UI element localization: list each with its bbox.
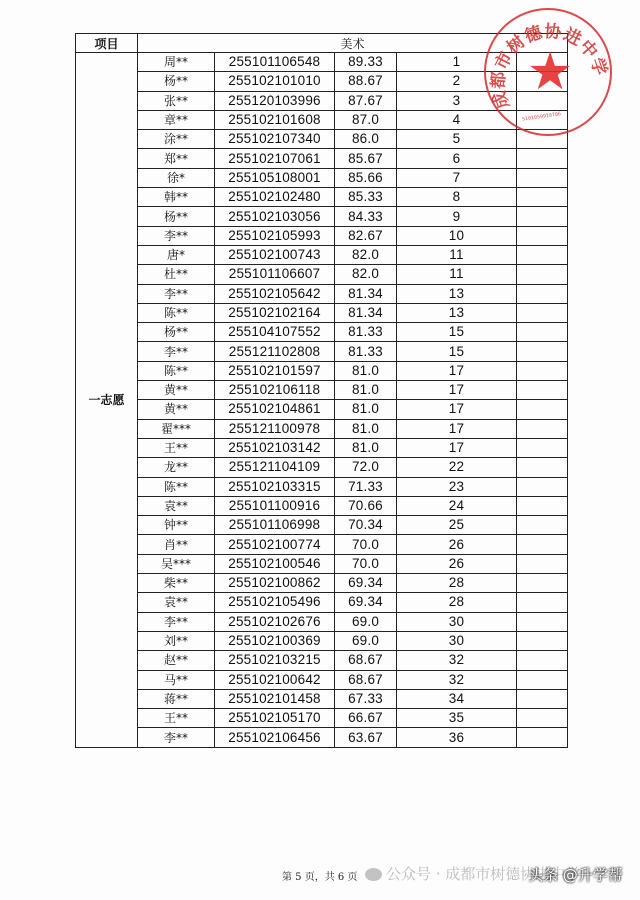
table-header-row: 项目 美术 xyxy=(76,34,568,53)
student-name: 蒋** xyxy=(138,689,215,708)
rank: 6 xyxy=(397,149,517,168)
score-table: 项目 美术 一志愿周**25510110654889.331杨**2551021… xyxy=(75,33,568,748)
exam-id: 255105108001 xyxy=(215,168,335,187)
exam-id: 255102100546 xyxy=(215,554,335,573)
remark xyxy=(517,458,568,477)
exam-id: 255121100978 xyxy=(215,419,335,438)
table-row: 李**25510210645663.6736 xyxy=(76,728,568,747)
score: 70.0 xyxy=(335,554,397,573)
remark xyxy=(517,438,568,457)
student-name: 李** xyxy=(138,612,215,631)
wechat-icon xyxy=(365,868,382,881)
score: 85.66 xyxy=(335,168,397,187)
score: 68.67 xyxy=(335,651,397,670)
rank: 36 xyxy=(397,728,517,747)
score: 67.33 xyxy=(335,689,397,708)
table-row: 王**25510210517066.6735 xyxy=(76,709,568,728)
remark xyxy=(517,381,568,400)
exam-id: 255102102480 xyxy=(215,188,335,207)
score: 69.34 xyxy=(335,593,397,612)
remark xyxy=(517,516,568,535)
score: 87.67 xyxy=(335,91,397,110)
score: 82.0 xyxy=(335,245,397,264)
student-name: 徐* xyxy=(138,168,215,187)
remark xyxy=(517,554,568,573)
table-row: 黄**25510210611881.017 xyxy=(76,381,568,400)
student-name: 韩** xyxy=(138,188,215,207)
remark xyxy=(517,709,568,728)
score: 85.33 xyxy=(335,188,397,207)
exam-id: 255102100774 xyxy=(215,535,335,554)
score: 69.34 xyxy=(335,574,397,593)
rank: 11 xyxy=(397,245,517,264)
remark xyxy=(517,496,568,515)
exam-id: 255102100642 xyxy=(215,670,335,689)
student-name: 龙** xyxy=(138,458,215,477)
table-body: 一志愿周**25510110654889.331杨**2551021010108… xyxy=(76,53,568,748)
header-item: 项目 xyxy=(76,34,138,53)
rank: 28 xyxy=(397,574,517,593)
student-name: 郑** xyxy=(138,149,215,168)
exam-id: 255102102676 xyxy=(215,612,335,631)
exam-id: 255102106118 xyxy=(215,381,335,400)
score: 71.33 xyxy=(335,477,397,496)
rank: 17 xyxy=(397,400,517,419)
remark xyxy=(517,265,568,284)
remark xyxy=(517,284,568,303)
student-name: 柴** xyxy=(138,574,215,593)
table-row: 黄**25510210486181.017 xyxy=(76,400,568,419)
exam-id: 255101100916 xyxy=(215,496,335,515)
table-row: 龙**25512110410972.022 xyxy=(76,458,568,477)
remark xyxy=(517,689,568,708)
remark xyxy=(517,303,568,322)
rank: 17 xyxy=(397,361,517,380)
remark xyxy=(517,130,568,149)
exam-id: 255102103056 xyxy=(215,207,335,226)
rank: 28 xyxy=(397,593,517,612)
student-name: 杨** xyxy=(138,72,215,91)
table-row: 陈**25510210331571.3323 xyxy=(76,477,568,496)
score: 87.0 xyxy=(335,110,397,129)
table-row: 袁**25510210549669.3428 xyxy=(76,593,568,612)
rank: 9 xyxy=(397,207,517,226)
table-row: 章**25510210160887.04 xyxy=(76,110,568,129)
score: 70.0 xyxy=(335,535,397,554)
exam-id: 255102106456 xyxy=(215,728,335,747)
exam-id: 255102101458 xyxy=(215,689,335,708)
rank: 22 xyxy=(397,458,517,477)
table-row: 李**25510210599382.6710 xyxy=(76,226,568,245)
rank: 4 xyxy=(397,110,517,129)
remark xyxy=(517,612,568,631)
student-name: 赵** xyxy=(138,651,215,670)
remark xyxy=(517,419,568,438)
student-name: 刘** xyxy=(138,631,215,650)
exam-id: 255102102164 xyxy=(215,303,335,322)
score: 81.0 xyxy=(335,381,397,400)
remark xyxy=(517,574,568,593)
rank: 25 xyxy=(397,516,517,535)
table-row: 柴**25510210086269.3428 xyxy=(76,574,568,593)
student-name: 袁** xyxy=(138,593,215,612)
student-name: 吴*** xyxy=(138,554,215,573)
student-name: 翟*** xyxy=(138,419,215,438)
score: 89.33 xyxy=(335,53,397,72)
remark xyxy=(517,535,568,554)
exam-id: 255121102808 xyxy=(215,342,335,361)
exam-id: 255102105170 xyxy=(215,709,335,728)
rank: 7 xyxy=(397,168,517,187)
student-name: 王** xyxy=(138,438,215,457)
table-row: 翟***25512110097881.017 xyxy=(76,419,568,438)
score: 84.33 xyxy=(335,207,397,226)
score: 86.0 xyxy=(335,130,397,149)
exam-id: 255104107552 xyxy=(215,323,335,342)
exam-id: 255102103315 xyxy=(215,477,335,496)
exam-id: 255120103996 xyxy=(215,91,335,110)
rank: 26 xyxy=(397,554,517,573)
rank: 2 xyxy=(397,72,517,91)
rank: 26 xyxy=(397,535,517,554)
remark xyxy=(517,361,568,380)
exam-id: 255102105993 xyxy=(215,226,335,245)
table-row: 蒋**25510210145867.3334 xyxy=(76,689,568,708)
score: 81.0 xyxy=(335,361,397,380)
exam-id: 255102100369 xyxy=(215,631,335,650)
remark xyxy=(517,72,568,91)
student-name: 张** xyxy=(138,91,215,110)
rank: 1 xyxy=(397,53,517,72)
student-name: 李** xyxy=(138,284,215,303)
table-row: 李**25510210267669.030 xyxy=(76,612,568,631)
remark xyxy=(517,226,568,245)
remark xyxy=(517,53,568,72)
table-row: 钟**25510110699870.3425 xyxy=(76,516,568,535)
remark xyxy=(517,670,568,689)
student-name: 马** xyxy=(138,670,215,689)
remark xyxy=(517,342,568,361)
remark xyxy=(517,477,568,496)
score: 72.0 xyxy=(335,458,397,477)
student-name: 袁** xyxy=(138,496,215,515)
score: 81.0 xyxy=(335,419,397,438)
student-name: 李** xyxy=(138,226,215,245)
score: 82.67 xyxy=(335,226,397,245)
score-table-container: 项目 美术 一志愿周**25510110654889.331杨**2551021… xyxy=(75,33,567,748)
exam-id: 255102103142 xyxy=(215,438,335,457)
table-row: 吴***25510210054670.026 xyxy=(76,554,568,573)
table-row: 刘**25510210036969.030 xyxy=(76,631,568,650)
student-name: 陈** xyxy=(138,303,215,322)
score: 69.0 xyxy=(335,612,397,631)
exam-id: 255102101597 xyxy=(215,361,335,380)
rank: 32 xyxy=(397,651,517,670)
rank: 8 xyxy=(397,188,517,207)
table-row: 郑**25510210706185.676 xyxy=(76,149,568,168)
table-row: 涂**25510210734086.05 xyxy=(76,130,568,149)
remark xyxy=(517,728,568,747)
student-name: 陈** xyxy=(138,477,215,496)
remark xyxy=(517,245,568,264)
remark xyxy=(517,149,568,168)
score: 70.66 xyxy=(335,496,397,515)
table-row: 徐*25510510800185.667 xyxy=(76,168,568,187)
student-name: 杨** xyxy=(138,207,215,226)
remark xyxy=(517,651,568,670)
exam-id: 255102101608 xyxy=(215,110,335,129)
score: 81.34 xyxy=(335,284,397,303)
score: 81.0 xyxy=(335,400,397,419)
table-row: 李**25510210564281.3413 xyxy=(76,284,568,303)
rank: 17 xyxy=(397,381,517,400)
rank: 13 xyxy=(397,303,517,322)
header-subject: 美术 xyxy=(138,34,568,53)
table-row: 李**25512110280881.3315 xyxy=(76,342,568,361)
table-row: 肖**25510210077470.026 xyxy=(76,535,568,554)
table-row: 一志愿周**25510110654889.331 xyxy=(76,53,568,72)
exam-id: 255102100862 xyxy=(215,574,335,593)
student-name: 周** xyxy=(138,53,215,72)
table-row: 马**25510210064268.6732 xyxy=(76,670,568,689)
score: 81.34 xyxy=(335,303,397,322)
student-name: 唐* xyxy=(138,245,215,264)
student-name: 黄** xyxy=(138,400,215,419)
toutiao-watermark: 头条 @升学帮 xyxy=(528,864,623,885)
rank: 32 xyxy=(397,670,517,689)
exam-id: 255102101010 xyxy=(215,72,335,91)
student-name: 钟** xyxy=(138,516,215,535)
table-row: 唐*25510210074382.011 xyxy=(76,245,568,264)
remark xyxy=(517,168,568,187)
rank: 3 xyxy=(397,91,517,110)
exam-id: 255102105642 xyxy=(215,284,335,303)
rank: 30 xyxy=(397,631,517,650)
student-name: 李** xyxy=(138,342,215,361)
student-name: 肖** xyxy=(138,535,215,554)
table-row: 王**25510210314281.017 xyxy=(76,438,568,457)
exam-id: 255102107340 xyxy=(215,130,335,149)
remark xyxy=(517,188,568,207)
table-row: 杨**25510210305684.339 xyxy=(76,207,568,226)
table-row: 赵**25510210321568.6732 xyxy=(76,651,568,670)
table-row: 韩**25510210248085.338 xyxy=(76,188,568,207)
exam-id: 255102107061 xyxy=(215,149,335,168)
score: 88.67 xyxy=(335,72,397,91)
score: 63.67 xyxy=(335,728,397,747)
rank: 10 xyxy=(397,226,517,245)
remark xyxy=(517,110,568,129)
score: 81.33 xyxy=(335,323,397,342)
table-row: 杨**25510210101088.672 xyxy=(76,72,568,91)
student-name: 王** xyxy=(138,709,215,728)
remark xyxy=(517,207,568,226)
rank: 11 xyxy=(397,265,517,284)
table-row: 陈**25510210159781.017 xyxy=(76,361,568,380)
remark xyxy=(517,91,568,110)
score: 68.67 xyxy=(335,670,397,689)
rank: 35 xyxy=(397,709,517,728)
score: 85.67 xyxy=(335,149,397,168)
remark xyxy=(517,631,568,650)
page-info: 第 5 页，共 6 页 xyxy=(282,868,357,883)
score: 69.0 xyxy=(335,631,397,650)
table-row: 杨**25510410755281.3315 xyxy=(76,323,568,342)
rank: 30 xyxy=(397,612,517,631)
rank: 15 xyxy=(397,323,517,342)
student-name: 涂** xyxy=(138,130,215,149)
score: 82.0 xyxy=(335,265,397,284)
exam-id: 255101106998 xyxy=(215,516,335,535)
rank: 17 xyxy=(397,438,517,457)
score: 70.34 xyxy=(335,516,397,535)
student-name: 杜** xyxy=(138,265,215,284)
exam-id: 255102104861 xyxy=(215,400,335,419)
table-row: 陈**25510210216481.3413 xyxy=(76,303,568,322)
score: 81.33 xyxy=(335,342,397,361)
table-row: 张**25512010399687.673 xyxy=(76,91,568,110)
student-name: 黄** xyxy=(138,381,215,400)
table-row: 杜**25510110660782.011 xyxy=(76,265,568,284)
exam-id: 255102105496 xyxy=(215,593,335,612)
student-name: 李** xyxy=(138,728,215,747)
score: 81.0 xyxy=(335,438,397,457)
exam-id: 255101106607 xyxy=(215,265,335,284)
remark xyxy=(517,323,568,342)
table-row: 袁**25510110091670.6624 xyxy=(76,496,568,515)
rank: 5 xyxy=(397,130,517,149)
remark xyxy=(517,400,568,419)
rank: 34 xyxy=(397,689,517,708)
group-label: 一志愿 xyxy=(76,53,138,748)
score: 66.67 xyxy=(335,709,397,728)
remark xyxy=(517,593,568,612)
student-name: 陈** xyxy=(138,361,215,380)
exam-id: 255102103215 xyxy=(215,651,335,670)
exam-id: 255121104109 xyxy=(215,458,335,477)
exam-id: 255102100743 xyxy=(215,245,335,264)
student-name: 杨** xyxy=(138,323,215,342)
rank: 15 xyxy=(397,342,517,361)
student-name: 章** xyxy=(138,110,215,129)
rank: 24 xyxy=(397,496,517,515)
exam-id: 255101106548 xyxy=(215,53,335,72)
rank: 23 xyxy=(397,477,517,496)
rank: 17 xyxy=(397,419,517,438)
rank: 13 xyxy=(397,284,517,303)
